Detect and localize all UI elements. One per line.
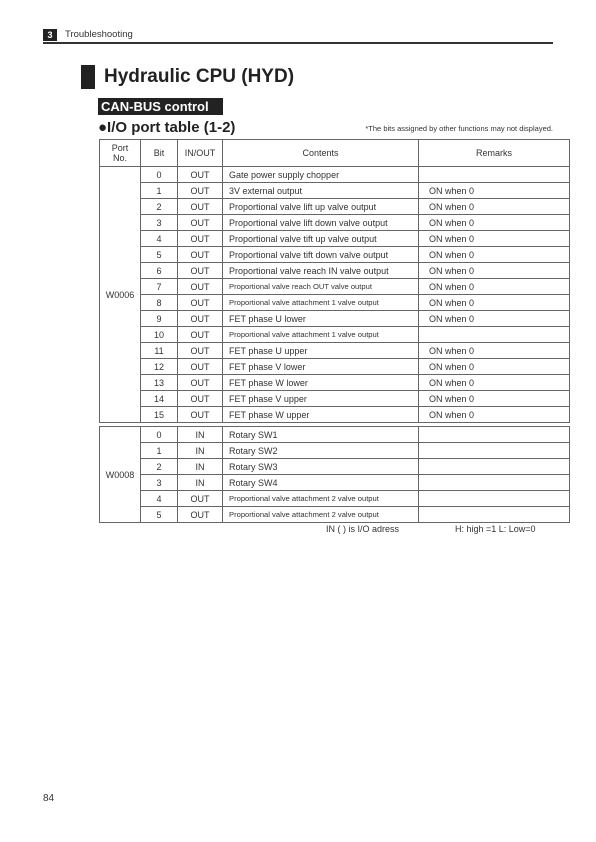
bit-cell: 7	[141, 279, 178, 295]
remarks-cell: ON when 0	[419, 391, 570, 407]
subsection-tag: CAN-BUS control	[98, 98, 223, 115]
table-row: 5OUTProportional valve tift down valve o…	[100, 247, 570, 263]
remarks-cell: ON when 0	[419, 359, 570, 375]
table-row: W00080INRotary SW1	[100, 427, 570, 443]
bit-cell: 1	[141, 443, 178, 459]
contents-cell: Proportional valve reach OUT valve outpu…	[223, 279, 419, 295]
chapter-number: 3	[43, 29, 57, 41]
col-port: PortNo.	[100, 140, 141, 167]
contents-cell: Proportional valve attachment 2 valve ou…	[223, 491, 419, 507]
remarks-cell	[419, 427, 570, 443]
table-row: 1OUT3V external outputON when 0	[100, 183, 570, 199]
contents-cell: FET phase W lower	[223, 375, 419, 391]
remarks-cell: ON when 0	[419, 263, 570, 279]
section-title: Hydraulic CPU (HYD)	[104, 66, 294, 88]
io-cell: OUT	[178, 215, 223, 231]
contents-cell: Rotary SW3	[223, 459, 419, 475]
bit-cell: 5	[141, 247, 178, 263]
io-cell: OUT	[178, 247, 223, 263]
contents-cell: FET phase V upper	[223, 391, 419, 407]
io-cell: OUT	[178, 279, 223, 295]
remarks-cell	[419, 507, 570, 523]
logic-legend: H: high =1 L: Low=0	[455, 524, 536, 534]
bit-cell: 13	[141, 375, 178, 391]
table-row: 4OUTProportional valve attachment 2 valv…	[100, 491, 570, 507]
table-note: *The bits assigned by other functions ma…	[365, 124, 553, 133]
remarks-cell: ON when 0	[419, 295, 570, 311]
table-header-row: PortNo. Bit IN/OUT Contents Remarks	[100, 140, 570, 167]
bit-cell: 14	[141, 391, 178, 407]
io-cell: OUT	[178, 183, 223, 199]
bit-cell: 4	[141, 231, 178, 247]
io-address-note: IN ( ) is I/O adress	[326, 524, 399, 534]
io-cell: OUT	[178, 407, 223, 423]
table-row: 7OUTProportional valve reach OUT valve o…	[100, 279, 570, 295]
port-number: W0008	[100, 427, 141, 523]
chapter-header: 3 Troubleshooting	[43, 28, 133, 41]
bit-cell: 3	[141, 475, 178, 491]
table-row: 2INRotary SW3	[100, 459, 570, 475]
remarks-cell	[419, 443, 570, 459]
io-port-table-w0006: PortNo. Bit IN/OUT Contents Remarks W000…	[99, 139, 570, 423]
header-rule	[43, 42, 553, 44]
remarks-cell	[419, 327, 570, 343]
col-remarks: Remarks	[419, 140, 570, 167]
io-cell: OUT	[178, 263, 223, 279]
contents-cell: FET phase V lower	[223, 359, 419, 375]
section-heading: Hydraulic CPU (HYD)	[81, 65, 294, 89]
bit-cell: 8	[141, 295, 178, 311]
remarks-cell: ON when 0	[419, 311, 570, 327]
table-row: 14OUTFET phase V upperON when 0	[100, 391, 570, 407]
table-row: 10OUTProportional valve attachment 1 val…	[100, 327, 570, 343]
io-cell: OUT	[178, 167, 223, 183]
remarks-cell	[419, 167, 570, 183]
table-row: 3INRotary SW4	[100, 475, 570, 491]
contents-cell: FET phase U lower	[223, 311, 419, 327]
contents-cell: Rotary SW4	[223, 475, 419, 491]
table-row: 2OUTProportional valve lift up valve out…	[100, 199, 570, 215]
bit-cell: 0	[141, 167, 178, 183]
table-row: 9OUTFET phase U lowerON when 0	[100, 311, 570, 327]
io-cell: OUT	[178, 343, 223, 359]
bit-cell: 0	[141, 427, 178, 443]
remarks-cell: ON when 0	[419, 183, 570, 199]
io-cell: OUT	[178, 327, 223, 343]
chapter-title: Troubleshooting	[65, 29, 133, 40]
io-cell: OUT	[178, 359, 223, 375]
contents-cell: Proportional valve tift up valve output	[223, 231, 419, 247]
remarks-cell: ON when 0	[419, 231, 570, 247]
io-cell: IN	[178, 443, 223, 459]
remarks-cell: ON when 0	[419, 279, 570, 295]
bit-cell: 2	[141, 199, 178, 215]
contents-cell: Proportional valve attachment 1 valve ou…	[223, 295, 419, 311]
bit-cell: 3	[141, 215, 178, 231]
io-cell: IN	[178, 427, 223, 443]
bit-cell: 9	[141, 311, 178, 327]
contents-cell: Proportional valve attachment 1 valve ou…	[223, 327, 419, 343]
page-number: 84	[43, 793, 54, 804]
col-bit: Bit	[141, 140, 178, 167]
io-cell: OUT	[178, 507, 223, 523]
bit-cell: 4	[141, 491, 178, 507]
io-cell: OUT	[178, 491, 223, 507]
contents-cell: Rotary SW2	[223, 443, 419, 459]
bit-cell: 5	[141, 507, 178, 523]
remarks-cell: ON when 0	[419, 407, 570, 423]
contents-cell: 3V external output	[223, 183, 419, 199]
table-row: 3OUTProportional valve lift down valve o…	[100, 215, 570, 231]
bit-cell: 11	[141, 343, 178, 359]
table-row: W00060OUTGate power supply chopper	[100, 167, 570, 183]
table-row: 6OUTProportional valve reach IN valve ou…	[100, 263, 570, 279]
remarks-cell	[419, 459, 570, 475]
io-cell: OUT	[178, 311, 223, 327]
io-cell: IN	[178, 475, 223, 491]
contents-cell: Proportional valve lift down valve outpu…	[223, 215, 419, 231]
io-cell: OUT	[178, 199, 223, 215]
table-row: 12OUTFET phase V lowerON when 0	[100, 359, 570, 375]
contents-cell: Proportional valve lift up valve output	[223, 199, 419, 215]
table-row: 11OUTFET phase U upperON when 0	[100, 343, 570, 359]
contents-cell: FET phase U upper	[223, 343, 419, 359]
contents-cell: Proportional valve reach IN valve output	[223, 263, 419, 279]
bit-cell: 1	[141, 183, 178, 199]
contents-cell: Proportional valve attachment 2 valve ou…	[223, 507, 419, 523]
contents-cell: Rotary SW1	[223, 427, 419, 443]
remarks-cell: ON when 0	[419, 375, 570, 391]
io-cell: OUT	[178, 295, 223, 311]
remarks-cell	[419, 475, 570, 491]
bit-cell: 15	[141, 407, 178, 423]
table-row: 8OUTProportional valve attachment 1 valv…	[100, 295, 570, 311]
contents-cell: Gate power supply chopper	[223, 167, 419, 183]
io-cell: IN	[178, 459, 223, 475]
table-row: 13OUTFET phase W lowerON when 0	[100, 375, 570, 391]
contents-cell: FET phase W upper	[223, 407, 419, 423]
io-cell: OUT	[178, 375, 223, 391]
bit-cell: 10	[141, 327, 178, 343]
table-row: 15OUTFET phase W upperON when 0	[100, 407, 570, 423]
port-number: W0006	[100, 167, 141, 423]
bit-cell: 2	[141, 459, 178, 475]
remarks-cell: ON when 0	[419, 199, 570, 215]
remarks-cell: ON when 0	[419, 247, 570, 263]
table-row: 1INRotary SW2	[100, 443, 570, 459]
remarks-cell: ON when 0	[419, 343, 570, 359]
bit-cell: 6	[141, 263, 178, 279]
contents-cell: Proportional valve tift down valve outpu…	[223, 247, 419, 263]
section-marker	[81, 65, 95, 89]
table-row: 5OUTProportional valve attachment 2 valv…	[100, 507, 570, 523]
io-cell: OUT	[178, 391, 223, 407]
io-cell: OUT	[178, 231, 223, 247]
table-heading: ●I/O port table (1-2)	[98, 119, 235, 136]
remarks-cell	[419, 491, 570, 507]
bit-cell: 12	[141, 359, 178, 375]
table-row: 4OUTProportional valve tift up valve out…	[100, 231, 570, 247]
remarks-cell: ON when 0	[419, 215, 570, 231]
col-contents: Contents	[223, 140, 419, 167]
io-port-table-w0008: W00080INRotary SW11INRotary SW22INRotary…	[99, 426, 570, 523]
col-io: IN/OUT	[178, 140, 223, 167]
